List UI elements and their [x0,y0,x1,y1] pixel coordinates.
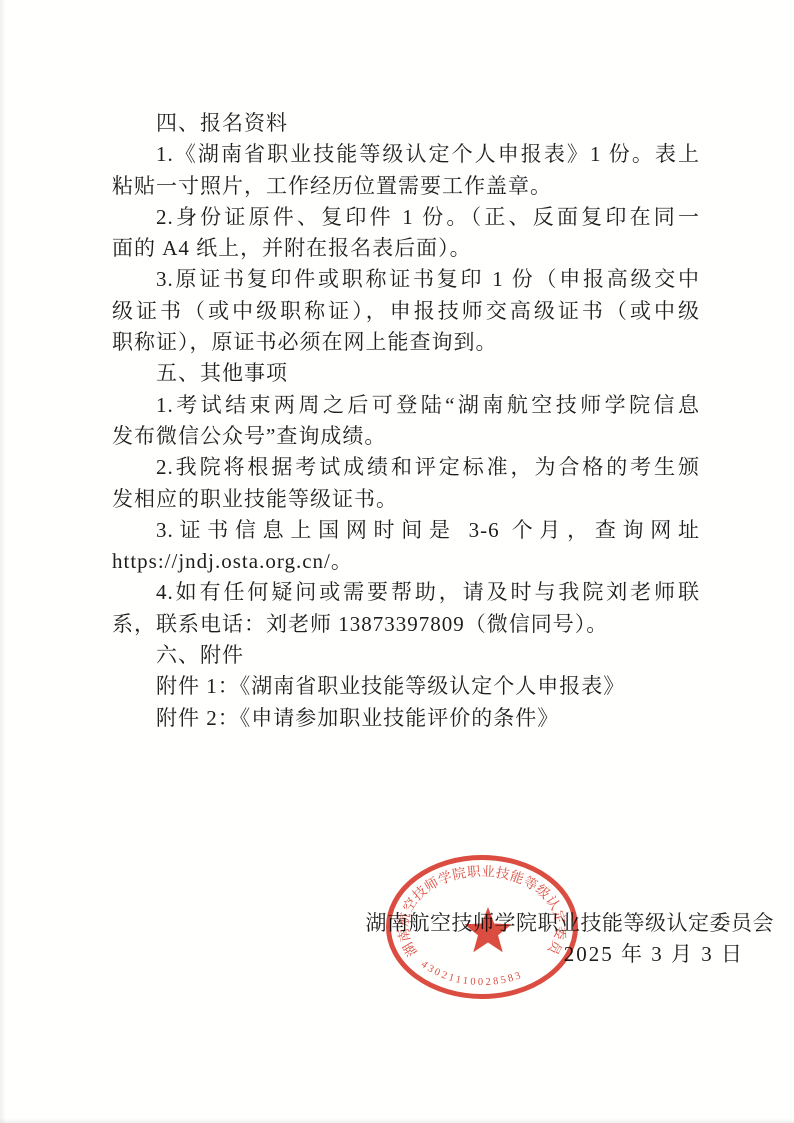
section-heading: 六、附件 [112,640,700,671]
document-line: 发相应的职业技能等级证书。 [112,484,700,515]
document-line: 4.如有任何疑问或需要帮助，请及时与我院刘老师联 [112,577,700,608]
document-line: 面的 A4 纸上，并附在报名表后面）。 [112,233,700,264]
document-line: 附件 2：《申请参加职业技能评价的条件》 [112,703,700,734]
document-line: 职称证），原证书必须在网上能查询到。 [112,327,700,358]
document-body: 四、报名资料1.《湖南省职业技能等级认定个人申报表》1 份。表上粘贴一寸照片，工… [0,0,794,734]
document-line: 2.我院将根据考试成绩和评定标准，为合格的考生颁 [112,452,700,483]
document-line: 附件 1：《湖南省职业技能等级认定个人申报表》 [112,671,700,702]
section-heading: 四、报名资料 [112,108,700,139]
document-line: 系，联系电话：刘老师 13873397809（微信同号）。 [112,609,700,640]
signature-date: 2025 年 3 月 3 日 [564,939,744,970]
scan-edge-shadow-bottom [0,1118,794,1123]
document-line: 粘贴一寸照片，工作经历位置需要工作盖章。 [112,171,700,202]
section-heading: 五、其他事项 [112,358,700,389]
document-line: https://jndj.osta.org.cn/。 [112,546,700,577]
document-line: 1.《湖南省职业技能等级认定个人申报表》1 份。表上 [112,139,700,170]
document-line: 3.证书信息上国网时间是 3-6 个月，查询网址 [112,515,700,546]
document-line: 1.考试结束两周之后可登陆“湖南航空技师学院信息 [112,390,700,421]
scanned-page: 四、报名资料1.《湖南省职业技能等级认定个人申报表》1 份。表上粘贴一寸照片，工… [0,0,794,1123]
signature-committee: 湖南航空技师学院职业技能等级认定委员会 [366,908,775,939]
document-line: 2.身份证原件、复印件 1 份。（正、反面复印在同一 [112,202,700,233]
document-line: 级证书（或中级职称证），申报技师交高级证书（或中级 [112,296,700,327]
signature-block: 湖南航空技师学院职业技能等级认定委员会 2025 年 3 月 3 日 [366,908,775,971]
document-line: 发布微信公众号”查询成绩。 [112,421,700,452]
document-line: 3.原证书复印件或职称证书复印 1 份（申报高级交中 [112,264,700,295]
